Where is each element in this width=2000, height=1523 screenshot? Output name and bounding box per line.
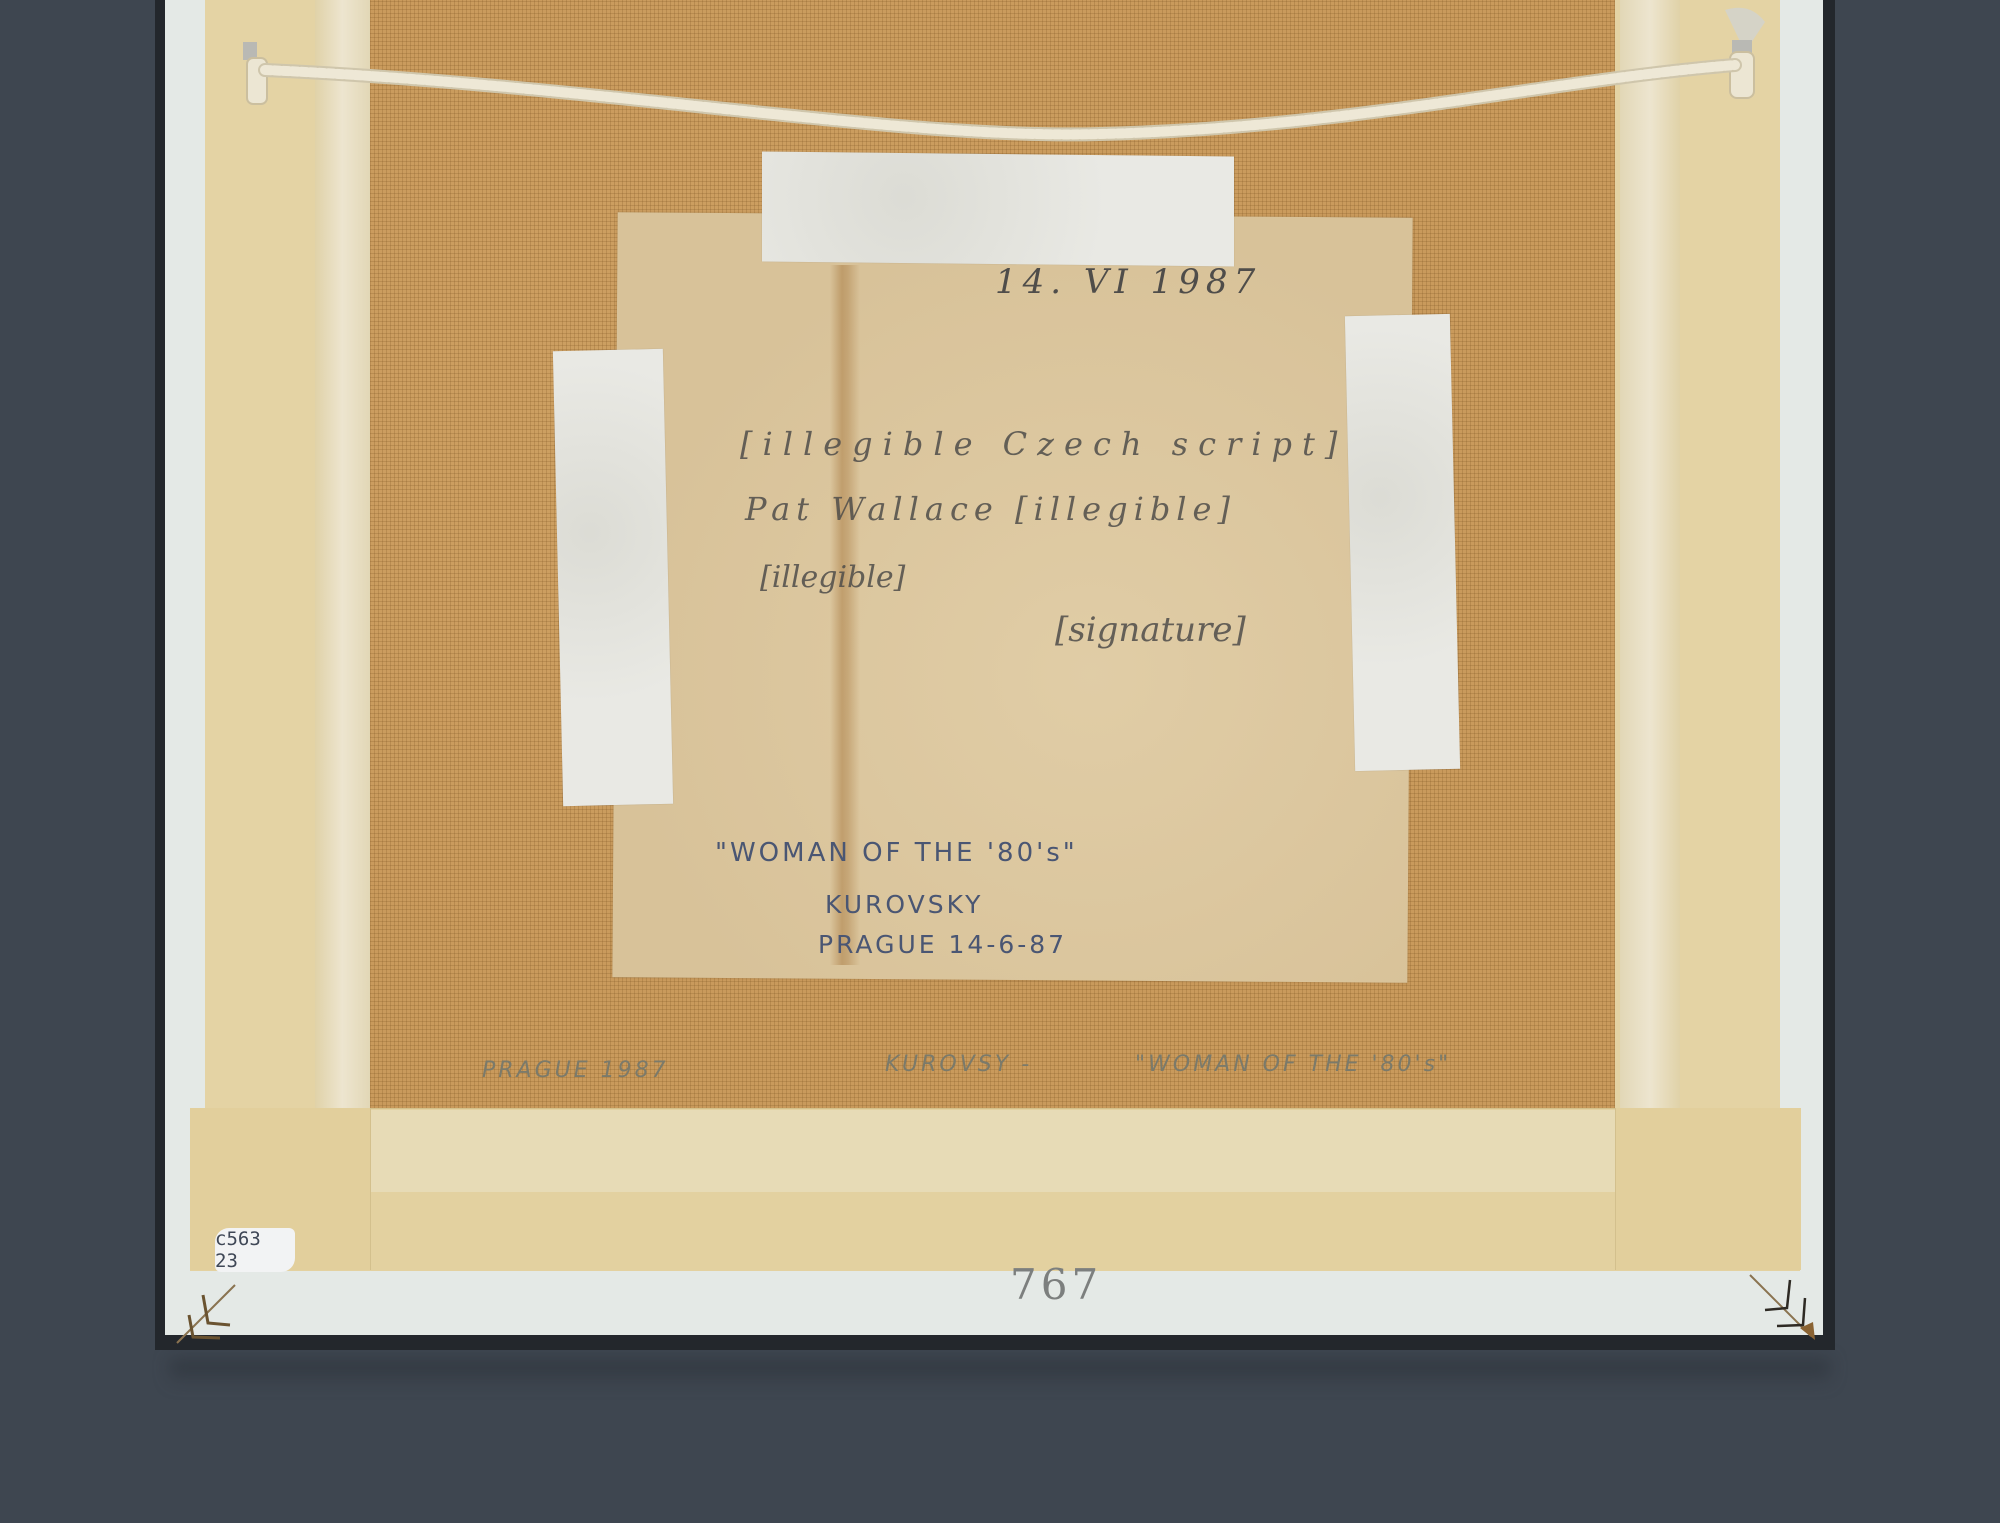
tape-left xyxy=(553,349,673,806)
frame-shadow xyxy=(170,1360,1830,1386)
price-sticker: c563 23 xyxy=(215,1228,295,1272)
hanging-cord-right-eyelet-icon xyxy=(1725,8,1765,98)
hanging-cord xyxy=(0,0,2000,160)
board-inscription-middle: KUROVSY - xyxy=(885,1052,1032,1077)
board-inscription-left: PRAGUE 1987 xyxy=(482,1058,669,1083)
note-ink-artist: KUROVSKY xyxy=(825,890,983,919)
note-ink-place-date: PRAGUE 14-6-87 xyxy=(818,930,1067,959)
tape-top xyxy=(762,152,1234,267)
mat-stripe-left xyxy=(315,0,370,1170)
bottom-tape-overlap-right xyxy=(1615,1108,1801,1270)
bottom-tape-light-layer xyxy=(370,1110,1615,1192)
note-pencil-line-2: Pat Wallace [illegible] xyxy=(745,490,1236,528)
tape-right xyxy=(1345,314,1460,771)
mat-stripe-right xyxy=(1620,0,1680,1170)
note-ink-title: "WOMAN OF THE '80's" xyxy=(715,838,1078,868)
corner-staple-left-icon xyxy=(175,1275,245,1345)
note-signature: [signature] xyxy=(1055,610,1246,650)
board-inscription-right: "WOMAN OF THE '80's" xyxy=(1135,1052,1451,1077)
note-date: 14. VI 1987 xyxy=(995,262,1261,302)
note-pencil-line-1: [illegible Czech script] xyxy=(740,425,1347,463)
note-pencil-line-3: [illegible] xyxy=(760,560,905,595)
corner-staple-right-icon xyxy=(1745,1270,1815,1340)
inventory-number: 767 xyxy=(1010,1260,1102,1309)
